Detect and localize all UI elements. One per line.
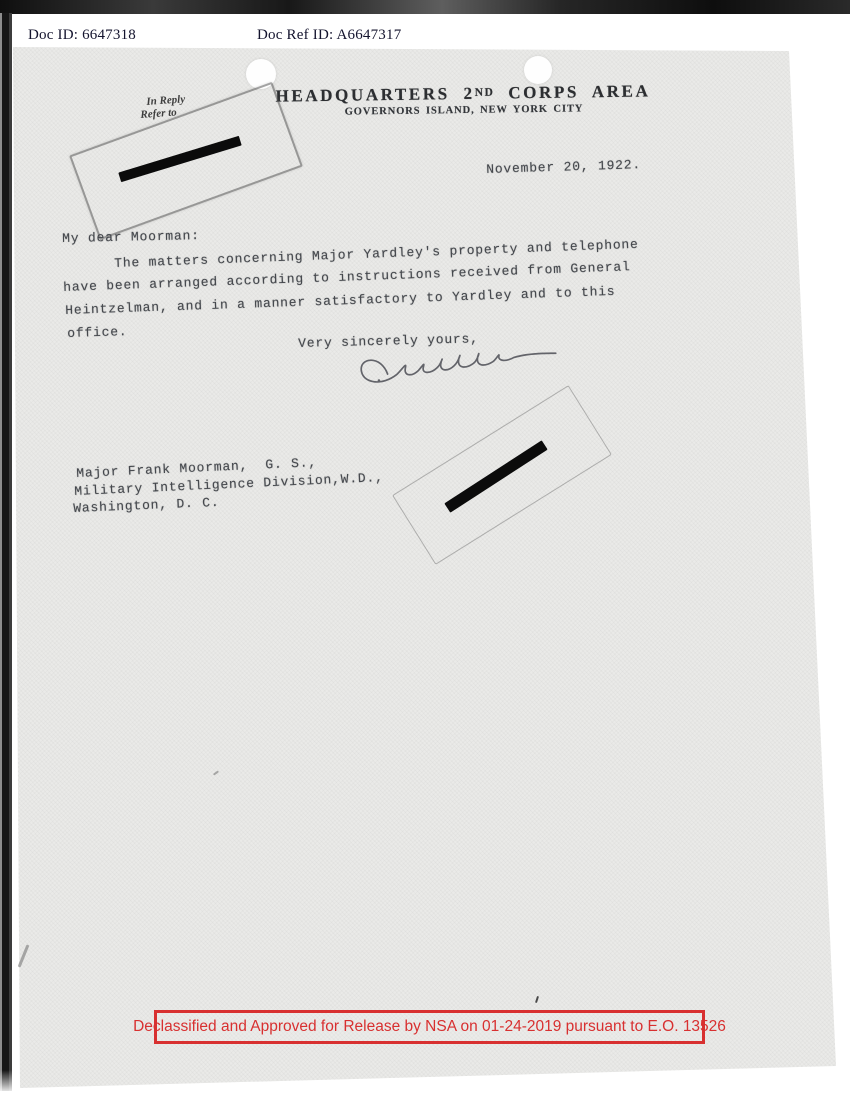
signature-handwriting: [350, 332, 573, 399]
letter-salutation: My dear Moorman:: [62, 228, 200, 246]
binder-edge-fade: [0, 1070, 12, 1100]
letterhead-ordinal: ND: [475, 87, 495, 99]
binder-edge-strip: [0, 13, 12, 1091]
scan-top-edge: [0, 0, 850, 14]
letter-body-line: office.: [67, 324, 128, 341]
letterhead-title-main: HEADQUARTERS 2: [275, 84, 474, 106]
doc-ref-id-label: Doc Ref ID: A6647317: [257, 27, 401, 44]
letterhead-title-rest: CORPS AREA: [494, 81, 650, 102]
doc-id-label: Doc ID: 6647318: [28, 27, 136, 44]
declassification-notice-text: Declassified and Approved for Release by…: [133, 1018, 726, 1036]
punch-hole-right: [524, 56, 552, 84]
declassification-notice: Declassified and Approved for Release by…: [154, 1010, 705, 1044]
